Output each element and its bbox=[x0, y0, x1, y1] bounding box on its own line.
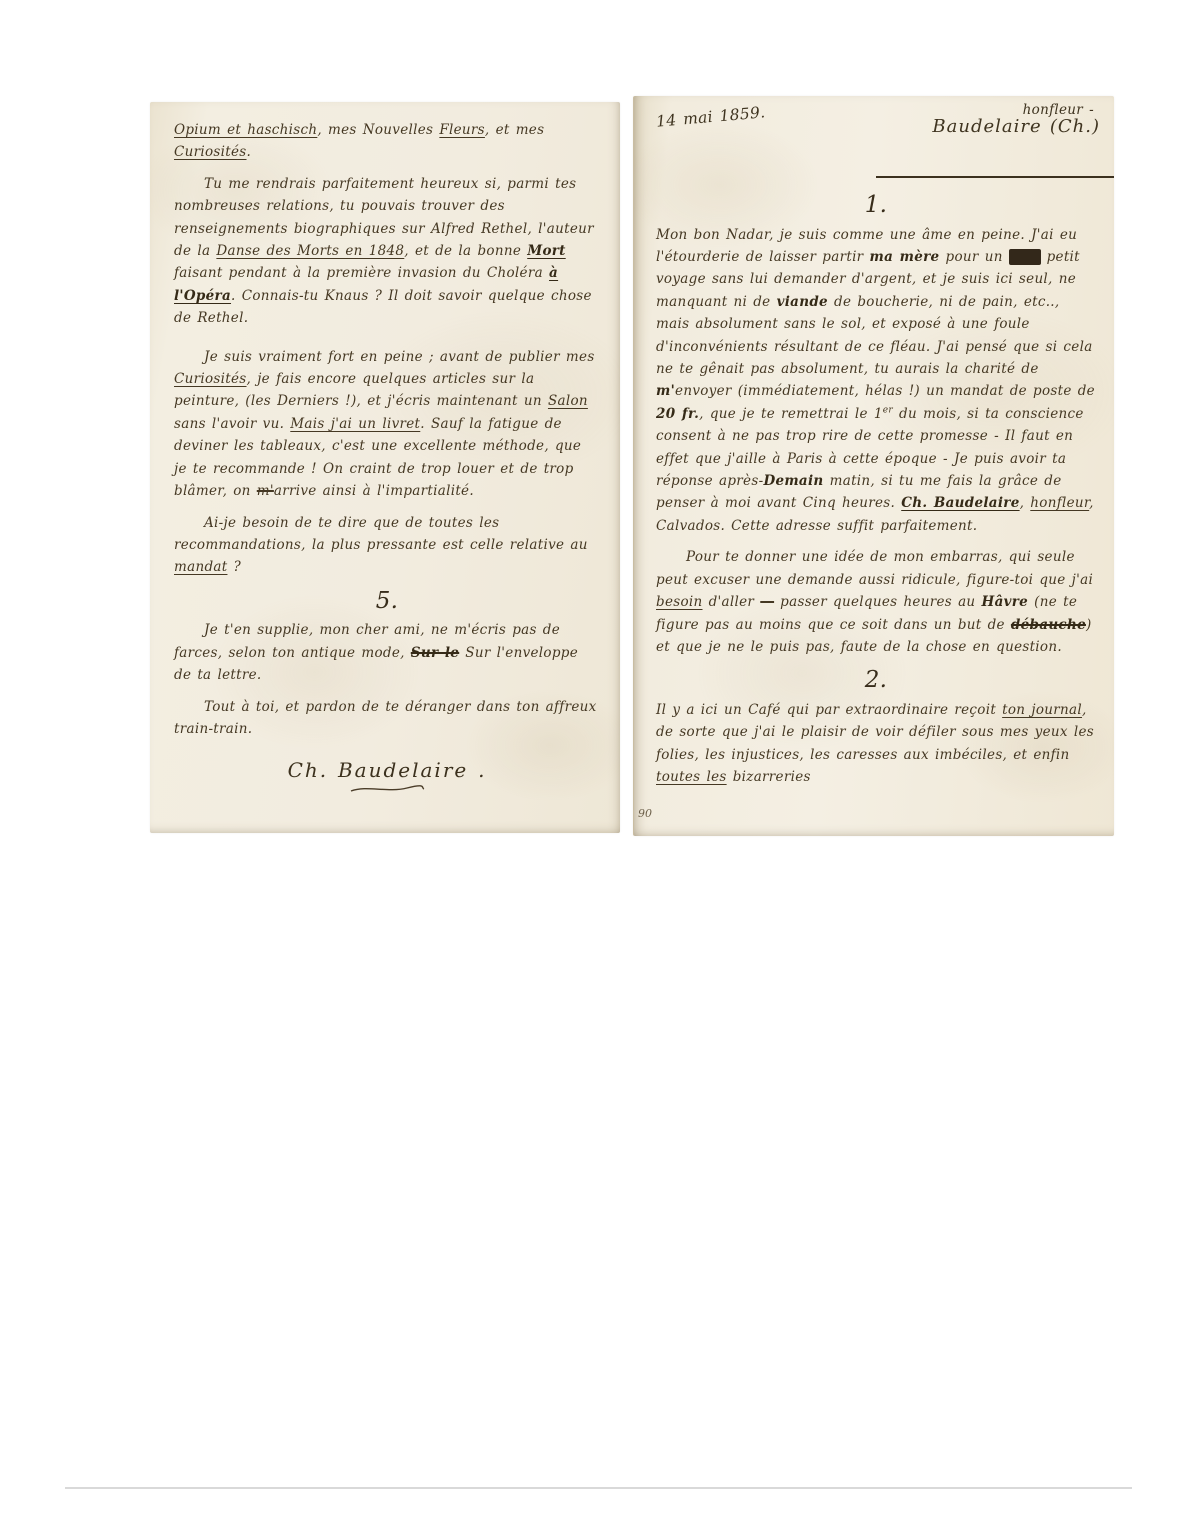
handwritten-segment: — bbox=[760, 594, 774, 610]
handwritten-segment: envoyer (immédiatement, hélas !) un mand… bbox=[675, 383, 1095, 399]
signature-flourish-icon bbox=[347, 784, 427, 794]
handwritten-segment: m' bbox=[656, 383, 675, 399]
section-number: 1. bbox=[656, 192, 1096, 220]
document-viewer: Opium et haschisch, mes Nouvelles Fleurs… bbox=[0, 0, 1197, 1538]
handwritten-segment: Hâvre bbox=[982, 594, 1029, 610]
handwritten-segment: . bbox=[247, 144, 252, 160]
handwritten-segment: passer quelques heures au bbox=[774, 594, 981, 610]
handwritten-segment: , que je te remettrai le 1 bbox=[699, 406, 883, 422]
handwritten-segment: 20 fr. bbox=[656, 406, 699, 422]
handwritten-segment: arrive ainsi à l'impartialité. bbox=[274, 483, 474, 499]
handwritten-segment: ? bbox=[227, 559, 241, 575]
handwritten-segment: Fleurs bbox=[439, 122, 485, 138]
handwritten-segment: viande bbox=[777, 294, 828, 310]
handwritten-text-right: 1.Mon bon Nadar, je suis comme une âme e… bbox=[634, 192, 1114, 789]
letter-date: 14 mai 1859. bbox=[655, 103, 766, 130]
handwritten-segment: pour un bbox=[939, 249, 1008, 265]
handwritten-segment: er bbox=[883, 405, 893, 415]
ink-blot: xxxx bbox=[1009, 249, 1041, 265]
handwritten-segment: honfleur bbox=[1030, 495, 1089, 511]
handwritten-segment: Tout à toi, et pardon de te déranger dan… bbox=[174, 699, 597, 737]
handwritten-segment: m' bbox=[257, 483, 274, 499]
signature: Ch. Baudelaire . bbox=[174, 758, 600, 794]
handwritten-segment: , mes Nouvelles bbox=[317, 122, 439, 138]
handwritten-paragraph: Tu me rendrais parfaitement heureux si, … bbox=[174, 173, 600, 330]
handwritten-segment: toutes les bbox=[656, 769, 727, 785]
handwritten-segment: , et de la bonne bbox=[404, 243, 527, 259]
handwritten-paragraph: Il y a ici un Café qui par extraordinair… bbox=[656, 699, 1096, 789]
margin-note: 90 bbox=[638, 807, 652, 820]
handwritten-segment: Salon bbox=[548, 393, 588, 409]
handwritten-segment: Mort bbox=[527, 243, 566, 259]
handwritten-segment: Curiosités bbox=[174, 371, 247, 387]
handwritten-segment: d'aller bbox=[703, 594, 761, 610]
manuscript-page-right: 14 mai 1859. honfleur - Baudelaire (Ch.)… bbox=[633, 96, 1114, 836]
handwritten-paragraph: Ai-je besoin de te dire que de toutes le… bbox=[174, 512, 600, 579]
handwritten-segment: besoin bbox=[656, 594, 703, 610]
handwritten-segment: , bbox=[1020, 495, 1031, 511]
handwritten-segment: Ai-je besoin de te dire que de toutes le… bbox=[174, 515, 588, 553]
handwritten-segment: , et mes bbox=[485, 122, 544, 138]
handwritten-paragraph: Pour te donner une idée de mon embarras,… bbox=[656, 546, 1096, 658]
handwritten-segment: Danse des Morts en 1848 bbox=[216, 243, 404, 259]
bottom-divider-line bbox=[65, 1487, 1132, 1489]
manuscript-page-left: Opium et haschisch, mes Nouvelles Fleurs… bbox=[150, 102, 620, 833]
handwritten-segment: Mais j'ai un livret bbox=[290, 416, 420, 432]
handwritten-segment: mandat bbox=[174, 559, 227, 575]
letter-address-header: honfleur - Baudelaire (Ch.) bbox=[932, 102, 1100, 137]
handwritten-segment: Sur le bbox=[411, 645, 459, 661]
handwritten-paragraph: Je suis vraiment fort en peine ; avant d… bbox=[174, 346, 600, 503]
handwritten-paragraph: Je t'en supplie, mon cher ami, ne m'écri… bbox=[174, 619, 600, 686]
handwritten-segment: sans l'avoir vu. bbox=[174, 416, 290, 432]
letter-author: Baudelaire (Ch.) bbox=[932, 116, 1100, 137]
handwritten-text-left: Opium et haschisch, mes Nouvelles Fleurs… bbox=[150, 102, 620, 794]
handwritten-segment: Demain bbox=[763, 473, 823, 489]
handwritten-segment: débauche bbox=[1011, 617, 1086, 633]
handwritten-segment: ton journal bbox=[1002, 702, 1082, 718]
handwritten-paragraph: Tout à toi, et pardon de te déranger dan… bbox=[174, 696, 600, 741]
header-underline bbox=[876, 176, 1114, 178]
handwritten-segment: bizarreries bbox=[727, 769, 811, 785]
section-number: 2. bbox=[656, 667, 1096, 695]
handwritten-paragraph: Opium et haschisch, mes Nouvelles Fleurs… bbox=[174, 119, 600, 164]
handwritten-segment: Opium et haschisch bbox=[174, 122, 317, 138]
handwritten-segment: faisant pendant à la première invasion d… bbox=[174, 265, 549, 281]
signature-text: Ch. Baudelaire . bbox=[174, 758, 600, 782]
handwritten-paragraph: Mon bon Nadar, je suis comme une âme en … bbox=[656, 224, 1096, 538]
handwritten-segment: Pour te donner une idée de mon embarras,… bbox=[656, 549, 1093, 587]
handwritten-segment: Il y a ici un Café qui par extraordinair… bbox=[656, 702, 1002, 718]
section-number: 5. bbox=[174, 588, 600, 616]
handwritten-segment: Curiosités bbox=[174, 144, 247, 160]
handwritten-segment: ma mère bbox=[870, 249, 940, 265]
handwritten-segment: Ch. Baudelaire bbox=[901, 495, 1019, 511]
handwritten-segment: . Connais-tu Knaus ? Il doit savoir quel… bbox=[174, 288, 592, 326]
handwritten-segment: Je suis vraiment fort en peine ; avant d… bbox=[204, 349, 595, 365]
